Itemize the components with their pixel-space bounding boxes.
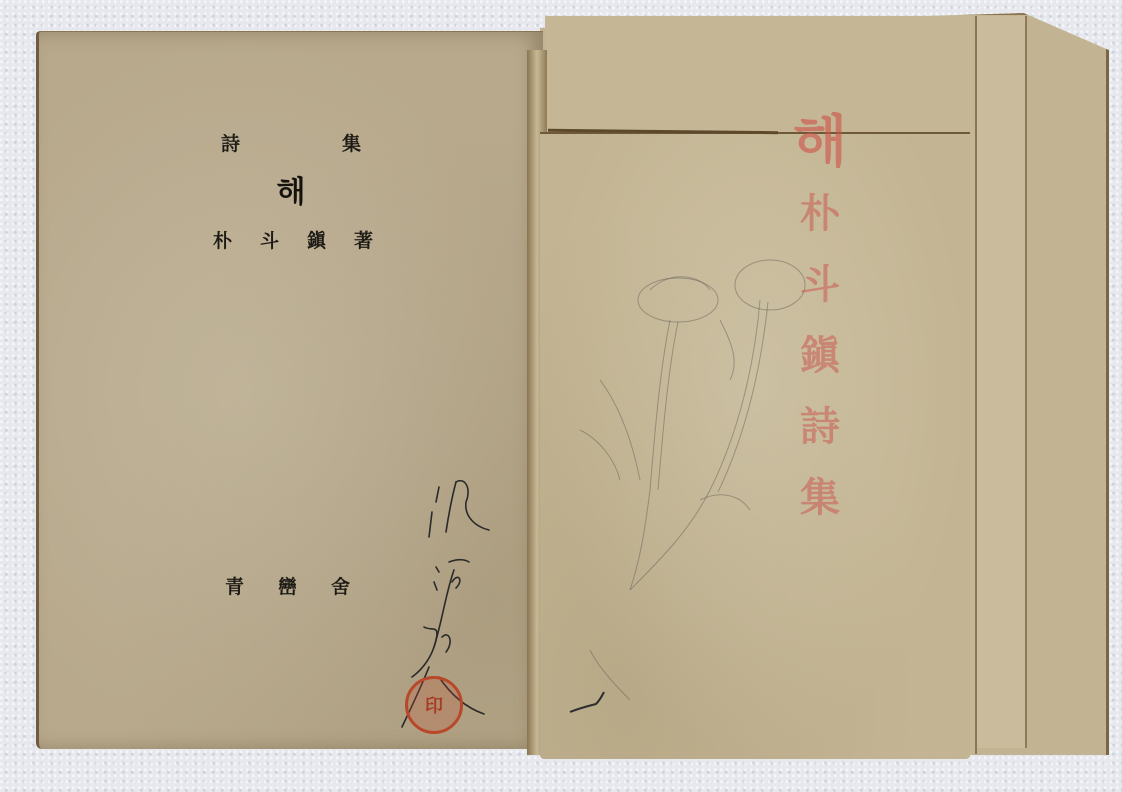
publisher-line: 青 巒 舍 bbox=[225, 572, 350, 599]
pencil-flower-sketch bbox=[560, 230, 820, 700]
transfer-char: 鎭 bbox=[800, 320, 840, 391]
author-char: 著 bbox=[354, 226, 373, 253]
transfer-char: 集 bbox=[800, 462, 840, 533]
subtitle-char: 詩 bbox=[221, 129, 240, 156]
author-char: 鎭 bbox=[307, 226, 326, 253]
photo-scene: 詩 集 해 朴 斗 鎭 著 青 巒 舍 bbox=[0, 0, 1122, 792]
author-line: 朴 斗 鎭 著 bbox=[213, 226, 373, 253]
transfer-char: 朴 bbox=[800, 178, 840, 249]
subtitle: 詩 集 bbox=[221, 129, 361, 156]
left-page-title-page: 詩 集 해 朴 斗 鎭 著 青 巒 舍 bbox=[36, 31, 543, 749]
seal-glyph: 印 bbox=[425, 692, 443, 718]
red-transfer-title: 해 朴 斗 鎭 詩 集 bbox=[790, 108, 850, 533]
author-char: 斗 bbox=[260, 226, 279, 253]
transfer-char: 斗 bbox=[800, 249, 840, 320]
subtitle-char: 集 bbox=[342, 129, 361, 156]
red-seal-stamp: 印 bbox=[405, 676, 463, 734]
author-char: 朴 bbox=[213, 226, 232, 253]
publisher-char: 舍 bbox=[331, 572, 350, 599]
pencil-mark bbox=[568, 690, 613, 715]
book-title: 해 bbox=[271, 167, 311, 211]
publisher-char: 青 bbox=[225, 572, 244, 599]
transfer-title-glyph: 해 bbox=[793, 108, 847, 178]
transfer-char: 詩 bbox=[800, 391, 840, 462]
publisher-char: 巒 bbox=[278, 572, 297, 599]
